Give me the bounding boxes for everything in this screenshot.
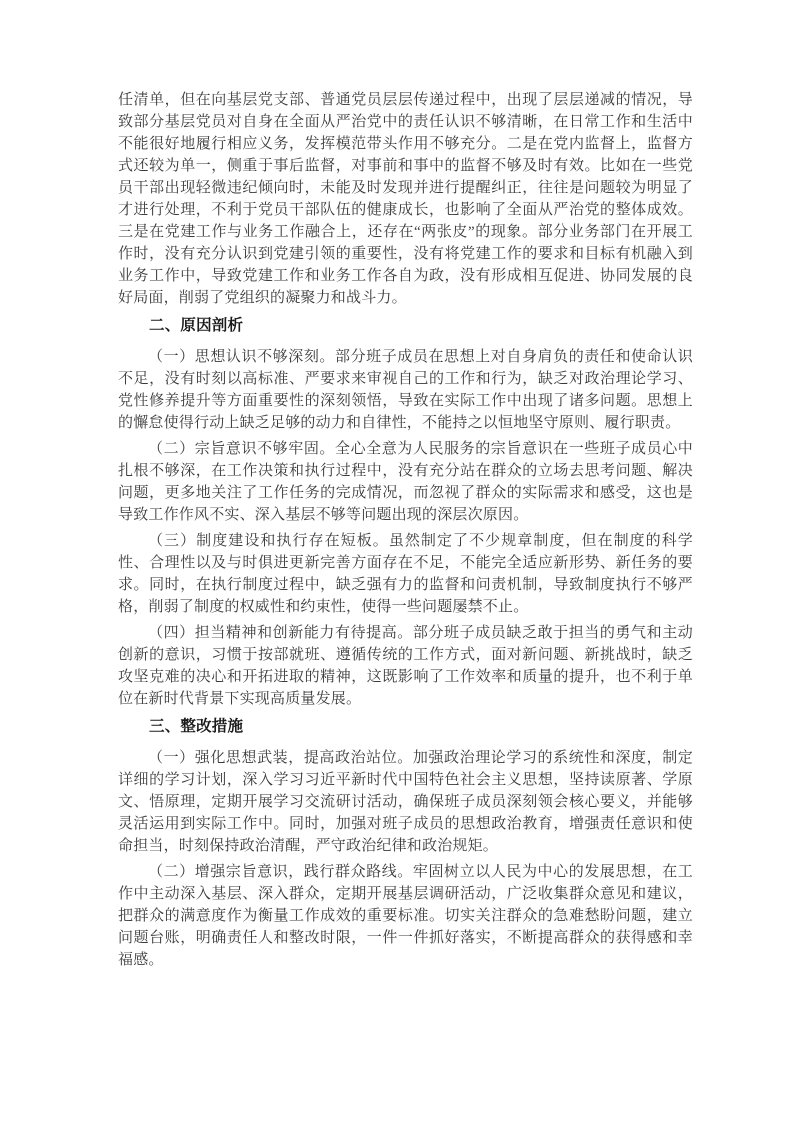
paragraph-cause-3-institutional-shortcomings: （三）制度建设和执行存在短板。虽然制定了不少规章制度，但在制度的科学性、合理性以… (118, 530, 693, 618)
paragraph-problems-continuation: 任清单，但在向基层党支部、普通党员层层传递过程中，出现了层层递减的情况，导致部分… (118, 89, 693, 309)
paragraph-cause-1-ideological-awareness: （一）思想认识不够深刻。部分班子成员在思想上对自身肩负的责任和使命认识不足，没有… (118, 346, 693, 434)
section-heading-rectification-measures: 三、整改措施 (118, 716, 693, 738)
paragraph-cause-2-purpose-consciousness: （二）宗旨意识不够牢固。全心全意为人民服务的宗旨意识在一些班子成员心中扎根不够深… (118, 438, 693, 526)
paragraph-cause-4-responsibility-innovation: （四）担当精神和创新能力有待提高。部分班子成员缺乏敢于担当的勇气和主动创新的意识… (118, 622, 693, 710)
paragraph-measure-1-strengthen-ideology: （一）强化思想武装，提高政治站位。加强政治理论学习的系统性和深度，制定详细的学习… (118, 747, 693, 857)
paragraph-measure-2-mass-line: （二）增强宗旨意识，践行群众路线。牢固树立以人民为中心的发展思想，在工作中主动深… (118, 861, 693, 971)
document-page: 任清单，但在向基层党支部、普通党员层层传递过程中，出现了层层递减的情况，导致部分… (0, 0, 793, 1122)
document-body: 任清单，但在向基层党支部、普通党员层层传递过程中，出现了层层递减的情况，导致部分… (118, 89, 693, 975)
section-heading-cause-analysis: 二、原因剖析 (118, 315, 693, 337)
